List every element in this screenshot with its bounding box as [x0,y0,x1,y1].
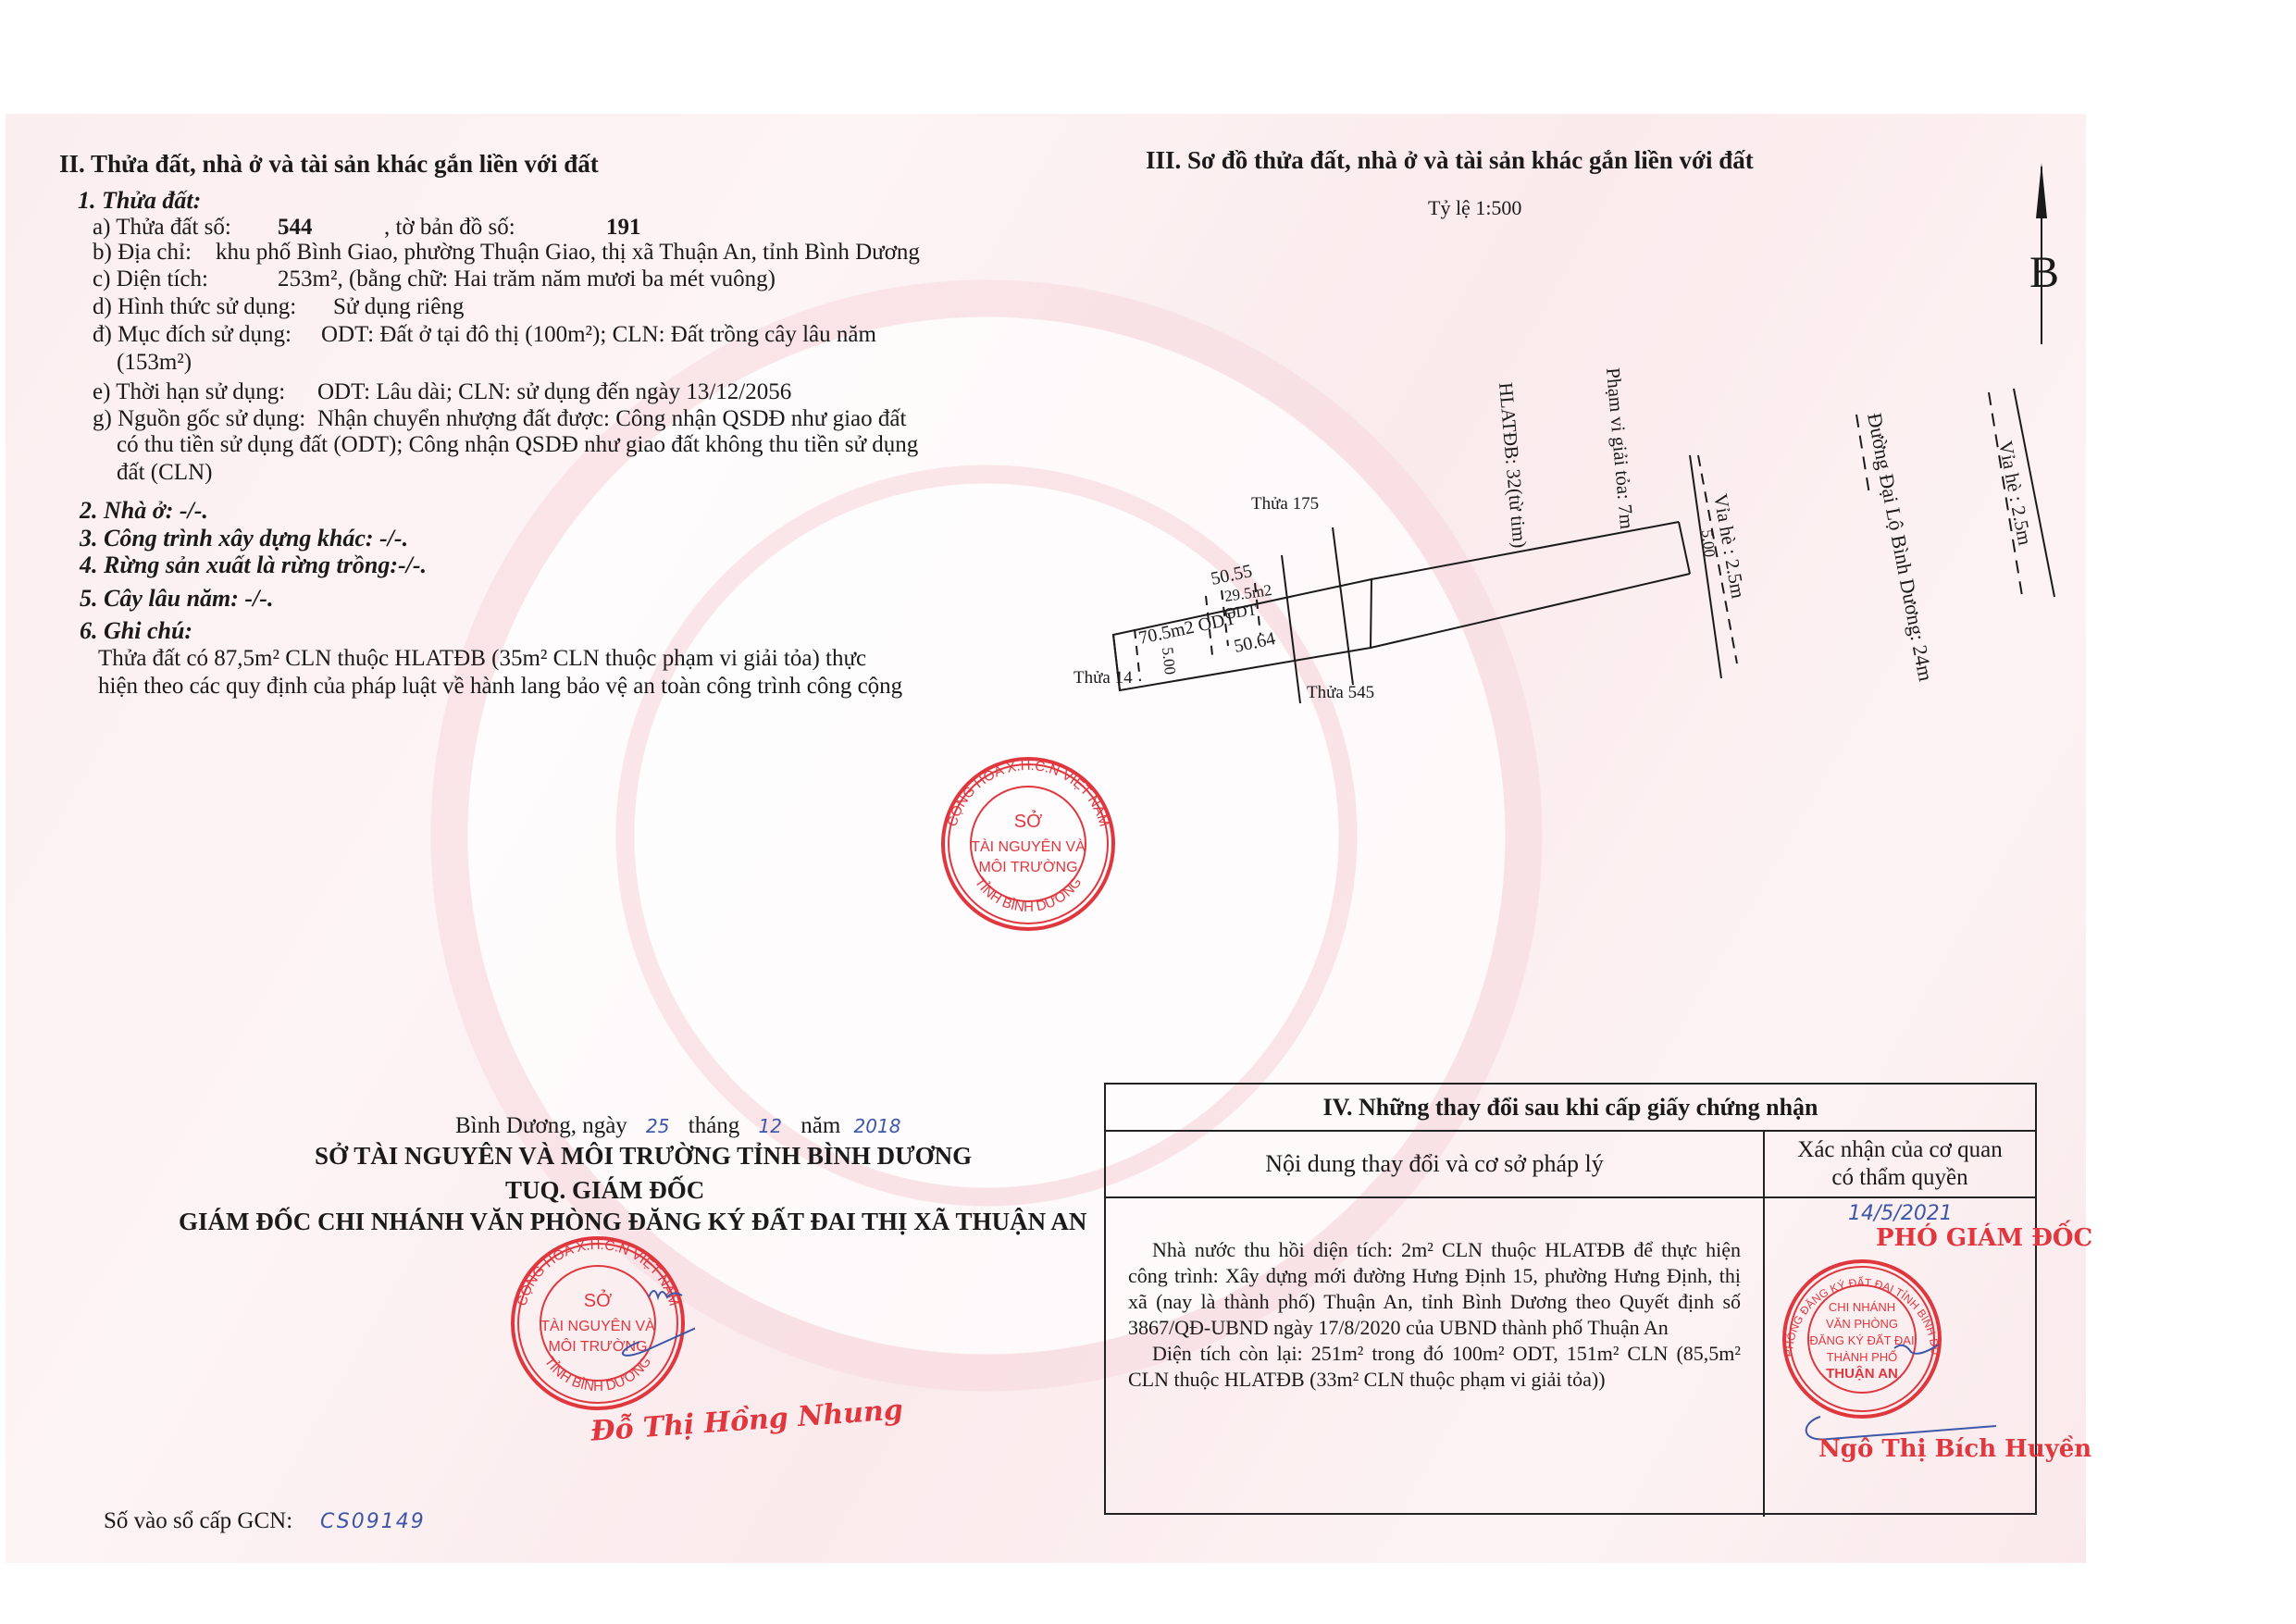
svg-text:SỞ: SỞ [584,1289,613,1311]
date-month: 12 [759,1115,782,1137]
notes-line-1: Thửa đất có 87,5m² CLN thuộc HLATĐB (35m… [98,646,866,672]
notes-heading: 6. Ghi chú: [80,617,192,645]
origin-line-3: đất (CLN) [117,460,212,486]
signing-date: Bình Dương, ngày 25 tháng 12 năm 2018 [455,1113,900,1139]
change-content-paragraph-2: Diện tích còn lại: 251m² trong đó 100m² … [1128,1341,1741,1393]
date-month-label: tháng [689,1113,740,1138]
svg-text:TỈNH BÌNH DƯƠNG: TỈNH BÌNH DƯƠNG [972,874,1086,915]
svg-text:TÀI NGUYÊN VÀ: TÀI NGUYÊN VÀ [971,837,1086,855]
address-label: b) Địa chỉ: [93,240,192,266]
svg-text:THÀNH PHỐ: THÀNH PHỐ [1827,1350,1898,1364]
svg-text:TỈNH BÌNH DƯƠNG: TỈNH BÌNH DƯƠNG [541,1354,655,1395]
usage-form-label: d) Hình thức sử dụng: [93,294,296,320]
date-prefix: Bình Dương, ngày [455,1113,627,1138]
usage-form-value: Sử dụng riêng [333,294,464,320]
on-behalf-title: TUQ. GIÁM ĐỐC [505,1176,704,1205]
agency-name: SỞ TÀI NGUYÊN VÀ MÔI TRƯỜNG TỈNH BÌNH DƯ… [315,1142,972,1171]
svg-text:VĂN PHÒNG: VĂN PHÒNG [1826,1317,1898,1331]
col-header-confirmation: Xác nhận của cơ quan có thẩm quyền [1765,1132,2035,1196]
area-label: c) Diện tích: [93,267,208,292]
svg-text:TÀI NGUYÊN VÀ: TÀI NGUYÊN VÀ [540,1317,655,1334]
section-4-title: IV. Những thay đổi sau khi cấp giấy chứn… [1106,1085,2035,1132]
parcel-number: 544 [278,215,313,241]
table-header-row: Nội dung thay đổi và cơ sở pháp lý Xác n… [1106,1132,2035,1198]
section-2-title: II. Thửa đất, nhà ở và tài sản khác gắn … [59,150,599,179]
change-content: Nhà nước thu hồi diện tích: 2m² CLN thuộ… [1106,1198,1765,1517]
svg-text:THUẬN AN: THUẬN AN [1826,1365,1898,1382]
address-value: khu phố Bình Giao, phường Thuận Giao, th… [216,240,920,266]
changes-table: IV. Những thay đổi sau khi cấp giấy chứn… [1104,1083,2037,1515]
col-header-confirmation-line-1: Xác nhận của cơ quan [1797,1136,2002,1164]
table-row: Nhà nước thu hồi diện tích: 2m² CLN thuộ… [1106,1198,2035,1517]
area-value: 253m², (bằng chữ: Hai trăm năm mươi ba m… [278,267,776,292]
registry-label: Số vào sổ cấp GCN: [104,1508,292,1534]
official-stamp-signature: CỘNG HÒA X.H.C.N VIỆT NAM TỈNH BÌNH DƯƠN… [501,1231,695,1416]
purpose-label: đ) Mục đích sử dụng: [93,322,292,348]
term-label: e) Thời hạn sử dụng: [93,379,285,405]
date-year-label: năm [800,1113,840,1138]
house-item: 2. Nhà ở: -/-. [80,497,208,525]
change-content-paragraph-1: Nhà nước thu hồi diện tích: 2m² CLN thuộ… [1128,1237,1741,1341]
confirm-title: PHÓ GIÁM ĐỐC [1876,1224,2092,1252]
svg-text:CHI NHÁNH: CHI NHÁNH [1829,1300,1895,1314]
perennial-trees-item: 5. Cây lâu năm: -/-. [80,585,273,613]
map-sheet-label: , tờ bản đồ số: [384,215,515,241]
official-stamp-confirmation: VĂN PHÒNG ĐĂNG KÝ ĐẤT ĐAI TỈNH BÌNH DƯƠN… [1774,1254,1950,1420]
production-forest-item: 4. Rừng sản xuất là rừng trồng:-/-. [80,552,427,579]
col-header-content: Nội dung thay đổi và cơ sở pháp lý [1106,1132,1765,1196]
parcel-label: a) Thửa đất số: [93,215,231,241]
purpose-line-1: ODT: Đất ở tại đô thị (100m²); CLN: Đất … [321,322,876,348]
origin-line-1: Nhận chuyển nhượng đất được: Công nhận Q… [317,406,906,432]
date-year: 2018 [854,1115,901,1137]
term-value: ODT: Lâu dài; CLN: sử dụng đến ngày 13/1… [317,379,791,405]
svg-text:MÔI TRƯỜNG: MÔI TRƯỜNG [548,1337,647,1355]
section-3-title: III. Sơ đồ thửa đất, nhà ở và tài sản kh… [1146,146,1754,175]
confirm-date: 14/5/2021 [1848,1202,1953,1225]
purpose-line-2: (153m²) [117,350,192,376]
confirm-signer: Ngô Thị Bích Huyền [1818,1435,2091,1463]
svg-text:SỞ: SỞ [1014,810,1043,832]
col-header-confirmation-line-2: có thẩm quyền [1831,1164,1967,1192]
origin-line-2: có thu tiền sử dụng đất (ODT); Công nhận… [117,432,918,458]
land-heading: 1. Thửa đất: [78,187,201,215]
official-stamp-center: CỘNG HÒA X.H.C.N VIỆT NAM TỈNH BÌNH DƯƠN… [931,751,1125,936]
change-confirmation: 14/5/2021 PHÓ GIÁM ĐỐC VĂN PHÒNG ĐĂNG KÝ… [1765,1198,2035,1517]
svg-text:MÔI TRƯỜNG: MÔI TRƯỜNG [978,858,1077,875]
notes-line-2: hiện theo các quy định của pháp luật về … [98,674,902,700]
date-day: 25 [646,1115,669,1137]
registry-number: CS09149 [320,1510,426,1533]
scale-label: Tỷ lệ 1:500 [1428,196,1521,220]
map-sheet-number: 191 [606,215,641,241]
origin-label: g) Nguồn gốc sử dụng: [93,406,305,432]
other-construction-item: 3. Công trình xây dựng khác: -/-. [80,525,408,552]
